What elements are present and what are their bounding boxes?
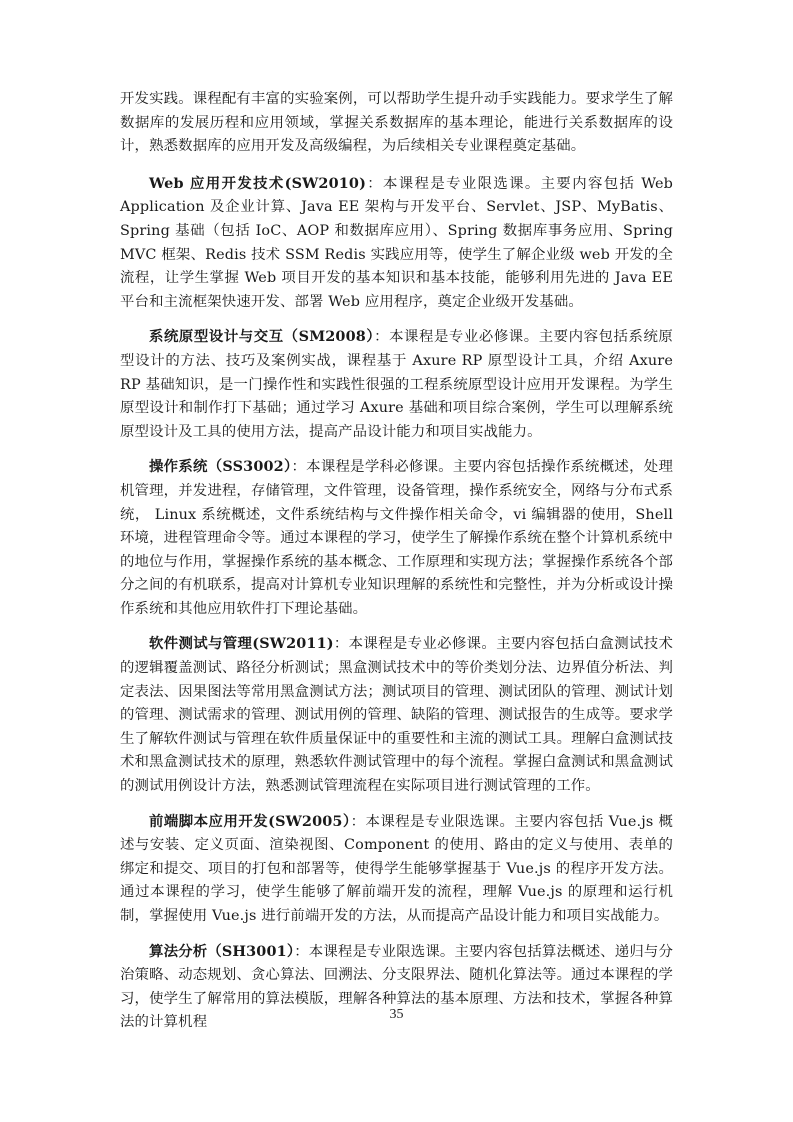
page-number: 35	[0, 1007, 793, 1023]
course-title: 操作系统（SS3002）	[149, 458, 291, 475]
course-description: ：本课程是专业限选课。主要内容包括 Vue.js 概述与安装、定义页面、渲染视图…	[120, 814, 673, 924]
paragraph-course-prototype-design: 系统原型设计与交互（SM2008）：本课程是专业必修课。主要内容包括系统原型设计…	[120, 325, 673, 444]
course-title: Web 应用开发技术(SW2010)	[149, 175, 366, 192]
course-description: ：本课程是专业限选课。主要内容包括 Web Application 及企业计算、…	[120, 176, 673, 310]
paragraph-course-software-testing: 软件测试与管理(SW2011)：本课程是专业必修课。主要内容包括白盒测试技术的逻…	[120, 632, 673, 798]
paragraph-continuation: 开发实践。课程配有丰富的实验案例，可以帮助学生提升动手实践能力。要求学生了解数据…	[120, 88, 673, 159]
course-title: 系统原型设计与交互（SM2008）	[149, 328, 374, 345]
course-title: 前端脚本应用开发(SW2005）	[149, 813, 351, 830]
document-page: 开发实践。课程配有丰富的实验案例，可以帮助学生提升动手实践能力。要求学生了解数据…	[120, 88, 673, 1046]
paragraph-course-operating-system: 操作系统（SS3002）：本课程是学科必修课。主要内容包括操作系统概述，处理机管…	[120, 455, 673, 621]
course-description: ：本课程是学科必修课。主要内容包括操作系统概述，处理机管理，并发进程，存储管理，…	[120, 459, 673, 617]
course-title: 软件测试与管理(SW2011)	[149, 635, 334, 652]
course-description: ：本课程是专业必修课。主要内容包括系统原型设计的方法、技巧及案例实战，课程基于 …	[120, 329, 673, 439]
paragraph-course-web-dev: Web 应用开发技术(SW2010)：本课程是专业限选课。主要内容包括 Web …	[120, 172, 673, 315]
course-description: ：本课程是专业必修课。主要内容包括白盒测试技术的逻辑覆盖测试、路径分析测试；黑盒…	[120, 636, 673, 794]
course-title: 算法分析（SH3001）	[149, 943, 294, 960]
paragraph-course-frontend-scripting: 前端脚本应用开发(SW2005）：本课程是专业限选课。主要内容包括 Vue.js…	[120, 810, 673, 929]
paragraph-body: 开发实践。课程配有丰富的实验案例，可以帮助学生提升动手实践能力。要求学生了解数据…	[120, 91, 673, 154]
